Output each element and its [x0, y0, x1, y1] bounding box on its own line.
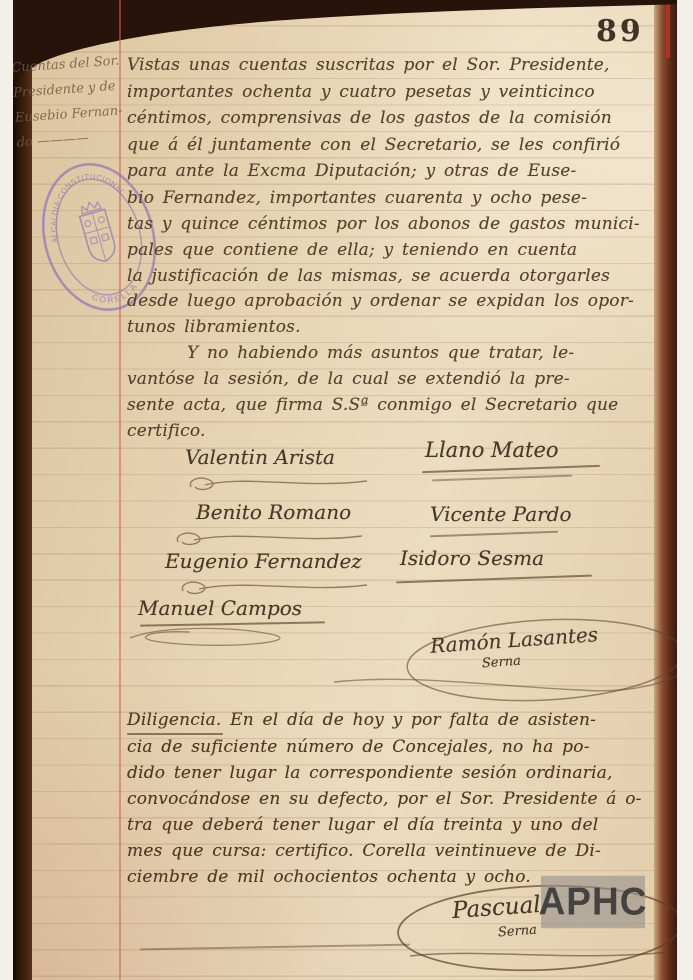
signature: Benito Romano: [196, 500, 351, 524]
handwritten-line: importantes ochenta y cuatro pesetas y v…: [127, 82, 595, 102]
handwritten-line: céntimos, comprensivas de los gastos de …: [127, 108, 612, 128]
handwritten-line: Y no habiendo más asuntos que tratar, le…: [187, 343, 574, 363]
handwritten-line: Vistas unas cuentas suscritas por el Sor…: [127, 55, 610, 75]
handwritten-line: bio Fernandez, importantes cuarenta y oc…: [127, 188, 587, 208]
signature: Eugenio Fernandez: [165, 549, 362, 573]
handwritten-line: para ante la Excma Diputación; y otras d…: [127, 161, 576, 181]
handwritten-line: pales que contiene de ella; y teniendo e…: [127, 240, 577, 260]
margin-note: Cuentas del Sor. Presidente y de Eusebio…: [11, 48, 130, 156]
handwritten-line: tas y quince céntimos por los abonos de …: [127, 214, 640, 234]
signature-flourish: [185, 473, 375, 495]
red-edge-accent: [666, 0, 670, 58]
page-number: 89: [596, 14, 644, 49]
signature-subscript: Serna: [482, 654, 522, 672]
signature: Llano Mateo: [425, 438, 559, 462]
signature-flourish: [170, 528, 370, 550]
book-pages-edge: [654, 0, 677, 980]
handwritten-line: desde luego aprobación y ordenar se expi…: [127, 291, 634, 311]
stamp-crest: [77, 199, 119, 265]
handwritten-line: dido tener lugar la correspondiente sesi…: [127, 763, 613, 783]
aphc-watermark: APHC: [541, 876, 645, 929]
handwritten-line: mes que cursa: certifico. Corella veinti…: [127, 841, 601, 861]
handwritten-line: certifico.: [127, 421, 206, 441]
signature: Isidoro Sesma: [400, 546, 544, 570]
handwritten-line: la justificación de las mismas, se acuer…: [127, 266, 610, 286]
handwritten-line: convocándose en su defecto, por el Sor. …: [127, 789, 642, 809]
handwritten-line: que á él juntamente con el Secretario, s…: [127, 135, 620, 155]
photo-border-right: [677, 0, 693, 980]
photo-border-left: [0, 0, 13, 980]
scanned-manuscript-page: 89 Cuentas del Sor. Presidente y de Euse…: [0, 0, 693, 980]
signature: Valentin Arista: [185, 445, 335, 469]
handwritten-line: Diligencia. En el día de hoy y por falta…: [127, 710, 596, 730]
handwritten-line: tra que deberá tener lugar el día treint…: [127, 815, 598, 835]
handwritten-line: cia de suficiente número de Concejales, …: [127, 737, 590, 757]
signature: Manuel Campos: [138, 596, 302, 620]
handwritten-line: sente acta, que firma S.Sª conmigo el Se…: [127, 395, 618, 415]
diligencia-underline: [127, 733, 223, 735]
signature-subscript: Serna: [498, 923, 538, 941]
signature: Vicente Pardo: [430, 502, 572, 526]
handwritten-line: tunos libramientos.: [127, 317, 301, 337]
handwritten-line: vantóse la sesión, de la cual se extendi…: [127, 369, 570, 389]
signature-flourish: [120, 624, 350, 650]
